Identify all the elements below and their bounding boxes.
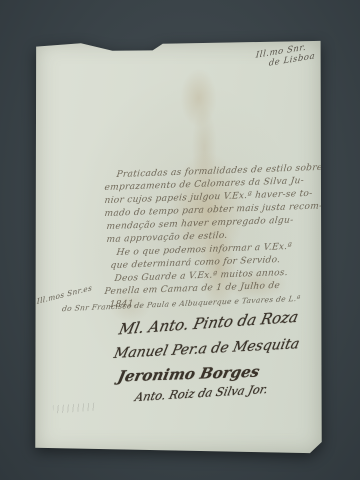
signature-1: Ml. Anto. Pinto da Roza — [117, 308, 300, 339]
pencil-smudge — [53, 402, 97, 413]
signature-2: Manuel Per.a de Mesquita — [112, 336, 301, 362]
manuscript-page: Ill.mo Snr. de Lisboa Praticadas as form… — [35, 40, 322, 454]
paper-shadow-wrap: Ill.mo Snr. de Lisboa Praticadas as form… — [0, 0, 360, 480]
body-line: ma approvação de estilo. — [106, 231, 228, 245]
archival-note-top-right: Ill.mo Snr. de Lisboa — [255, 41, 317, 71]
signature-3: Jeronimo Borges — [116, 362, 261, 385]
photo-background: Ill.mo Snr. de Lisboa Praticadas as form… — [0, 0, 360, 480]
signature-4: Anto. Roiz da Silva Jor. — [134, 382, 270, 404]
